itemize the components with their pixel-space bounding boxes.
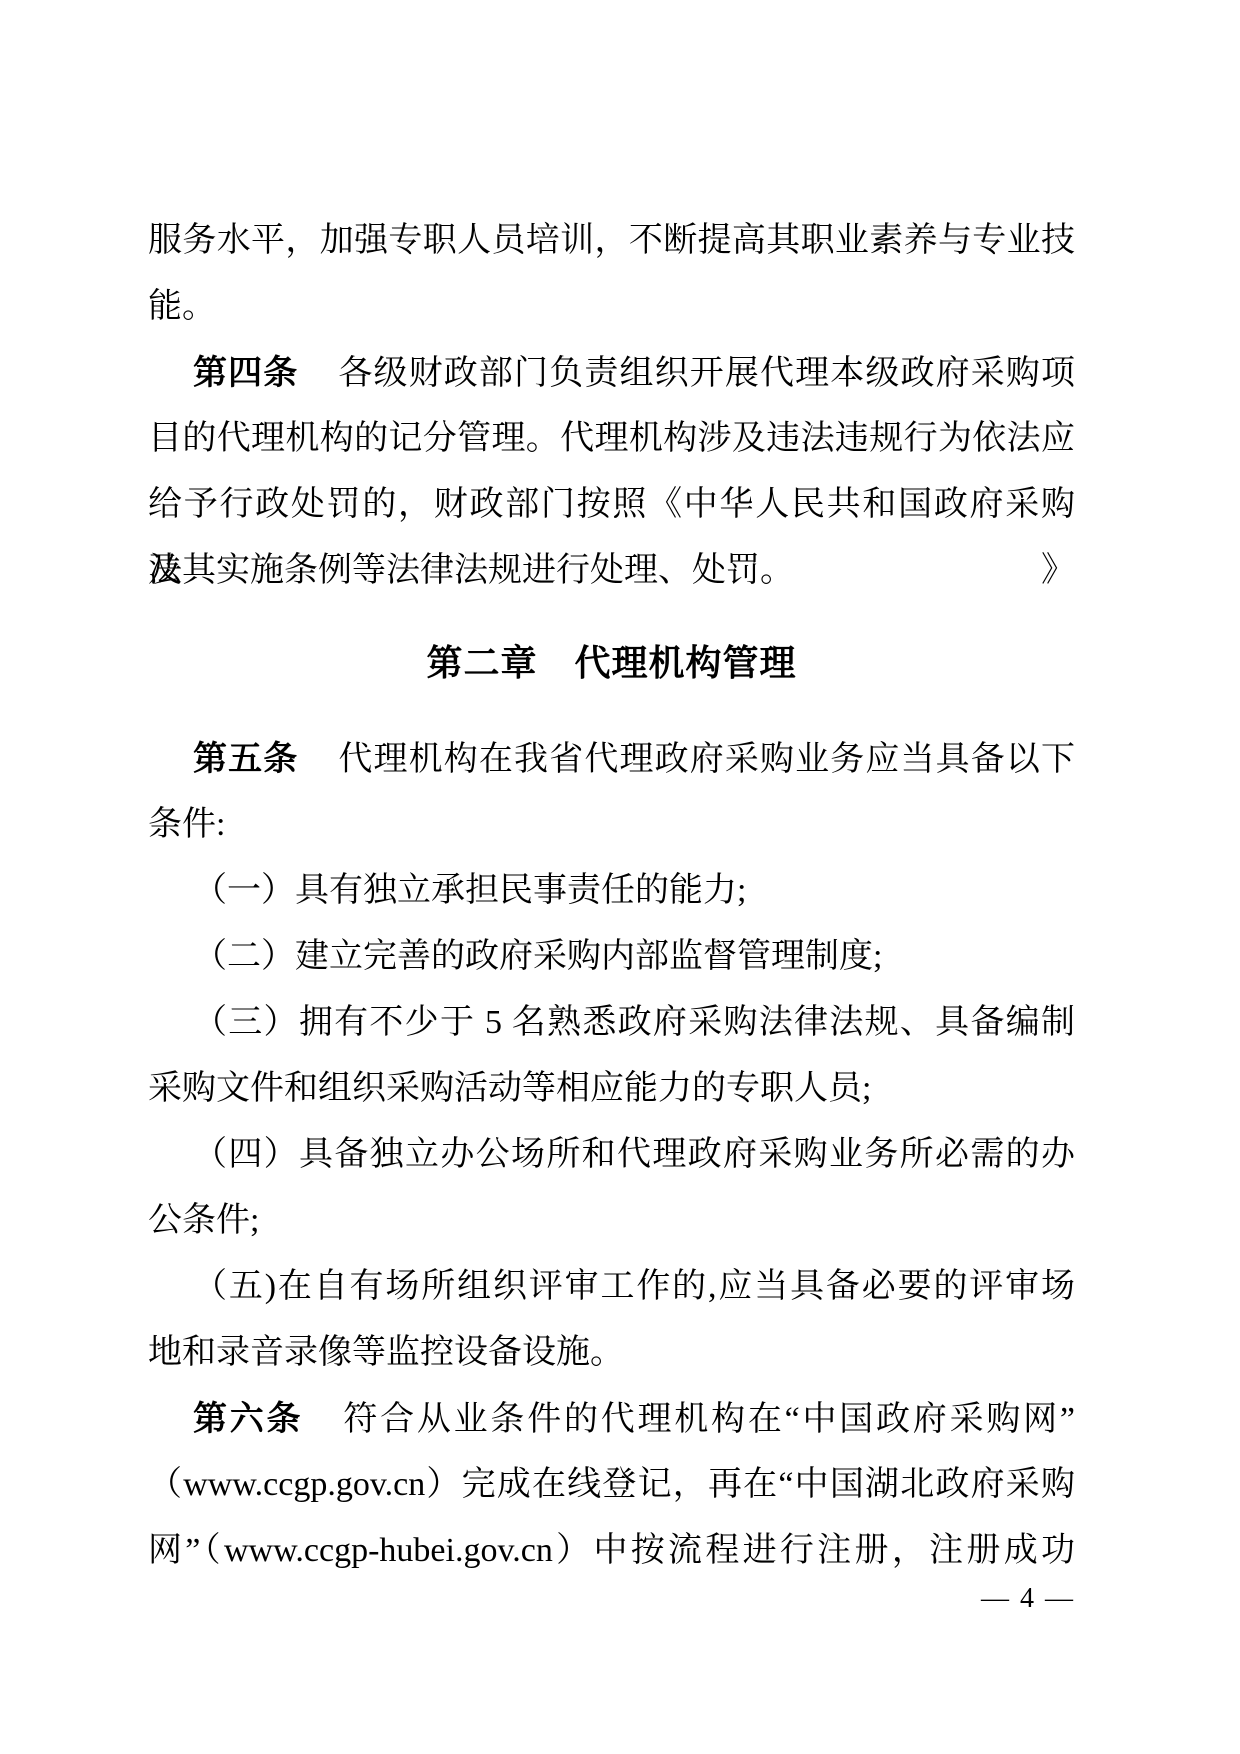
line-text: 第二章 代理机构管理: [426, 642, 796, 683]
page-number: — 4 —: [981, 1582, 1075, 1616]
line-text: 服务水平，加强专职人员培训，不断提高其职业素养与专业技: [148, 222, 1075, 259]
line-text: 目的代理机构的记分管理。代理机构涉及违法违规行为依法应: [148, 420, 1075, 457]
document-line: （四）具备独立办公场所和代理政府采购业务所必需的办: [148, 1122, 1075, 1188]
document-line: 地和录音录像等监控设备设施。: [148, 1320, 1075, 1386]
line-text: （一）具有独立承担民事责任的能力;: [193, 872, 746, 909]
document-line: 能。: [148, 274, 1075, 340]
document-line: （二）建立完善的政府采购内部监督管理制度;: [148, 924, 1075, 990]
article-number-label: 第五条: [193, 740, 298, 778]
line-text: 各级财政部门负责组织开展代理本级政府采购项: [338, 355, 1075, 392]
line-text: （五)在自有场所组织评审工作的,应当具备必要的评审场: [193, 1268, 1075, 1305]
document-page: 服务水平，加强专职人员培训，不断提高其职业素养与专业技能。第四条各级财政部门负责…: [0, 0, 1240, 1754]
document-line: 网”（www.ccgp-hubei.gov.cn）中按流程进行注册，注册成功: [148, 1518, 1075, 1584]
document-line: （五)在自有场所组织评审工作的,应当具备必要的评审场: [148, 1254, 1075, 1320]
document-line: 条件:: [148, 792, 1075, 858]
line-text: 公条件;: [148, 1202, 259, 1239]
document-line: 第四条各级财政部门负责组织开展代理本级政府采购项: [148, 340, 1075, 406]
line-text: 采购文件和组织采购活动等相应能力的专职人员;: [148, 1070, 871, 1107]
line-text: 网”（www.ccgp-hubei.gov.cn）中按流程进行注册，注册成功: [148, 1532, 1075, 1569]
document-line: 服务水平，加强专职人员培训，不断提高其职业素养与专业技: [148, 208, 1075, 274]
document-line: （www.ccgp.gov.cn）完成在线登记，再在“中国湖北政府采购: [148, 1452, 1075, 1518]
article-number-label: 第六条: [193, 1400, 303, 1438]
article-number-label: 第四条: [193, 354, 298, 392]
line-text: （三）拥有不少于 5 名熟悉政府采购法律法规、具备编制: [193, 1004, 1075, 1041]
document-line: 第五条代理机构在我省代理政府采购业务应当具备以下: [148, 726, 1075, 792]
document-line: 第六条符合从业条件的代理机构在“中国政府采购网”: [148, 1386, 1075, 1452]
document-line: （一）具有独立承担民事责任的能力;: [148, 858, 1075, 924]
line-text: 能。: [148, 288, 216, 325]
document-line: 采购文件和组织采购活动等相应能力的专职人员;: [148, 1056, 1075, 1122]
line-text: 地和录音录像等监控设备设施。: [148, 1334, 624, 1371]
document-line: 目的代理机构的记分管理。代理机构涉及违法违规行为依法应: [148, 406, 1075, 472]
document-line: 给予行政处罚的，财政部门按照《中华人民共和国政府采购法》: [148, 472, 1075, 538]
line-text: 及其实施条例等法律法规进行处理、处罚。: [148, 552, 794, 589]
line-text: 代理机构在我省代理政府采购业务应当具备以下: [338, 741, 1075, 778]
line-text: （四）具备独立办公场所和代理政府采购业务所必需的办: [193, 1136, 1075, 1173]
document-line: 公条件;: [148, 1188, 1075, 1254]
line-text: （www.ccgp.gov.cn）完成在线登记，再在“中国湖北政府采购: [148, 1466, 1075, 1503]
document-line: （三）拥有不少于 5 名熟悉政府采购法律法规、具备编制: [148, 990, 1075, 1056]
chapter-heading: 第二章 代理机构管理: [148, 630, 1075, 696]
line-text: （二）建立完善的政府采购内部监督管理制度;: [193, 938, 882, 975]
line-text: 条件:: [148, 806, 225, 843]
document-body: 服务水平，加强专职人员培训，不断提高其职业素养与专业技能。第四条各级财政部门负责…: [148, 208, 1075, 1584]
line-text: 符合从业条件的代理机构在“中国政府采购网”: [343, 1401, 1075, 1438]
